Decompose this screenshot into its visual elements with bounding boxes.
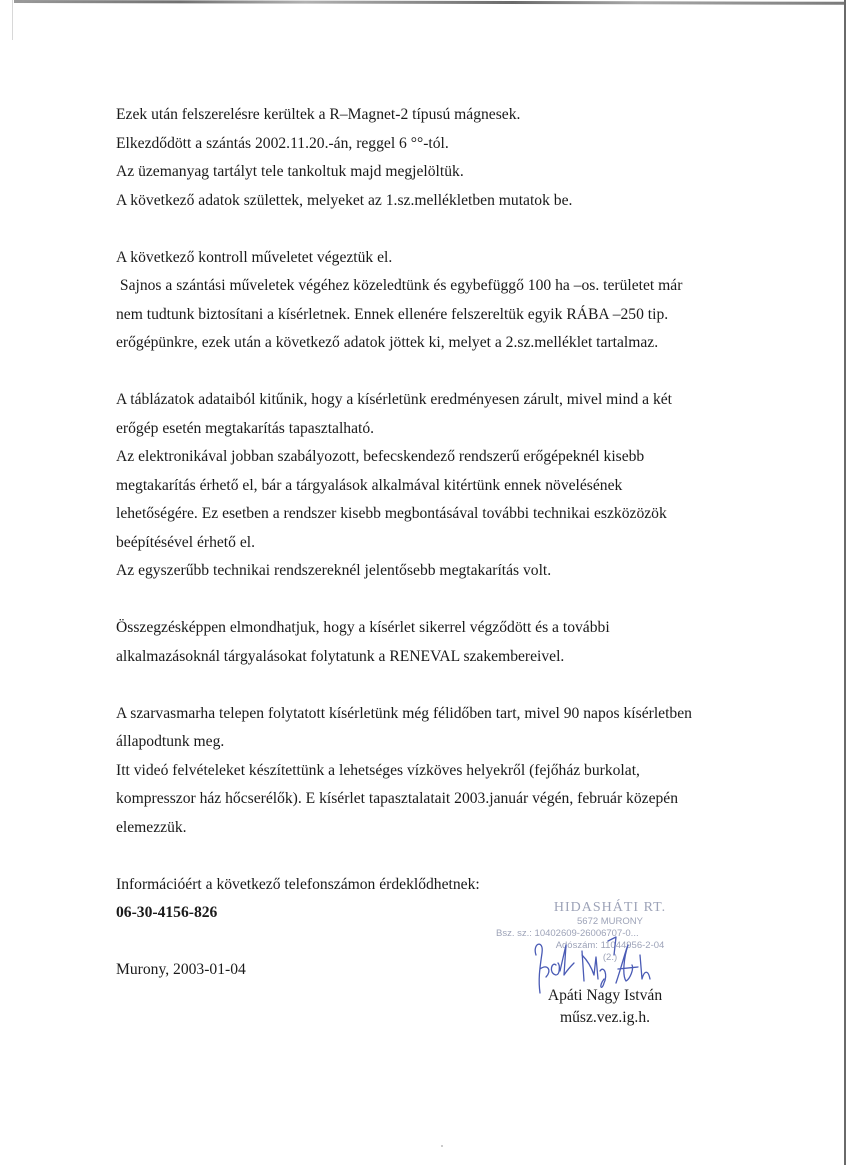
paragraph-gap [116, 586, 756, 615]
letter-body: Ezek után felszerelésre kerültek a R–Mag… [116, 101, 756, 985]
text-line: erőgépünkre, ezek után a következő adato… [116, 329, 756, 358]
text-line: beépítésével érhető el. [116, 529, 756, 558]
text-line: A következő kontroll műveletet végeztük … [116, 244, 756, 273]
text-line: A táblázatok adataiból kitűnik, hogy a k… [116, 386, 756, 415]
text-line: Ezek után felszerelésre kerültek a R–Mag… [116, 101, 756, 130]
text-line: A szarvasmarha telepen folytatott kísérl… [116, 700, 756, 729]
paragraph-results: A táblázatok adataiból kitűnik, hogy a k… [116, 386, 756, 586]
text-line: Itt videó felvételeket készítettünk a le… [116, 757, 756, 786]
paragraph-magnets: Ezek után felszerelésre kerültek a R–Mag… [116, 101, 756, 215]
text-line: Az egyszerűbb technikai rendszereknél je… [116, 557, 756, 586]
text-line: erőgép esetén megtakarítás tapasztalható… [116, 415, 756, 444]
text-line: alkalmazásoknál tárgyalásokat folytatunk… [116, 643, 756, 672]
text-line: kompresszor ház hőcserélők). E kísérlet … [116, 785, 756, 814]
scan-edge-top [14, 0, 846, 5]
paragraph-gap [116, 842, 756, 871]
contact-label: Információért a következő telefonszámon … [116, 871, 756, 900]
paragraph-summary: Összegzésképpen elmondhatjuk, hogy a kís… [116, 614, 756, 671]
text-line: Sajnos a szántási műveletek végéhez köze… [116, 272, 756, 301]
signer-title: műsz.vez.ig.h. [530, 1007, 680, 1029]
text-line: Az elektronikával jobban szabályozott, b… [116, 443, 756, 472]
paragraph-control: A következő kontroll műveletet végeztük … [116, 244, 756, 358]
signer-name: Apáti Nagy István [530, 985, 680, 1007]
signer-block: Apáti Nagy István műsz.vez.ig.h. [530, 985, 680, 1029]
text-line: nem tudtunk biztosítani a kísérletnek. E… [116, 301, 756, 330]
paragraph-gap [116, 358, 756, 387]
stamp-company: HIDASHÁTI RT. [510, 899, 710, 916]
text-line: lehetőségére. Ez esetben a rendszer kise… [116, 500, 756, 529]
text-line: megtakarítás érhető el, bár a tárgyaláso… [116, 472, 756, 501]
paragraph-gap [116, 671, 756, 700]
paragraph-gap [116, 215, 756, 244]
text-line: Az üzemanyag tartályt tele tankoltuk maj… [116, 158, 756, 187]
text-line: elemezzük. [116, 814, 756, 843]
stamp-address: 5672 MURONY [510, 916, 710, 928]
text-line: állapodtunk meg. [116, 728, 756, 757]
text-line: Összegzésképpen elmondhatjuk, hogy a kís… [116, 614, 756, 643]
text-line: A következő adatok születtek, melyeket a… [116, 187, 756, 216]
scan-edge-left [12, 0, 13, 40]
text-line: Elkezdődött a szántás 2002.11.20.-án, re… [116, 130, 756, 159]
paragraph-cattle-farm: A szarvasmarha telepen folytatott kísérl… [116, 700, 756, 843]
scan-speck [441, 1145, 443, 1147]
